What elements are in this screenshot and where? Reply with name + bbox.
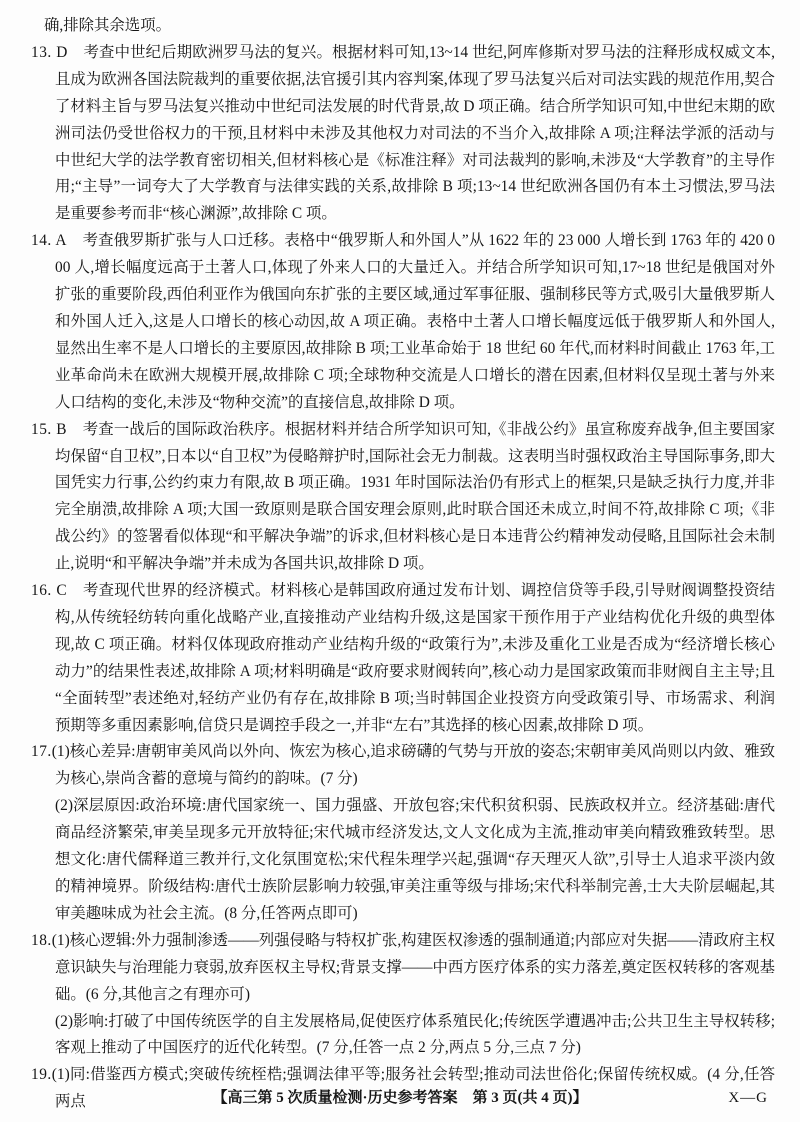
answer-15: 15. B 考查一战后的国际政治秩序。根据材料并结合所学知识可知,《非战公约》虽… (31, 417, 775, 578)
answer-list: 确,排除其余选项。13. D 考查中世纪后期欧洲罗马法的复兴。根据材料可知,13… (31, 13, 775, 1116)
answer-key-page: 确,排除其余选项。13. D 考查中世纪后期欧洲罗马法的复兴。根据材料可知,13… (0, 0, 800, 1122)
answer-17-part2: (2)深层原因:政治环境:唐代国家统一、国力强盛、开放包容;宋代积贫积弱、民族政… (31, 793, 775, 928)
question-number: 15. B (31, 421, 67, 438)
question-number: 14. A (31, 232, 67, 249)
page-footer: 【高三第 5 次质量检测·历史参考答案 第 3 页(共 4 页)】 X—G (0, 1087, 800, 1109)
footer-title-prefix: 【高三第 5 次质量检测· (212, 1090, 367, 1106)
answer-18-part1: 18.(1)核心逻辑:外力强制渗透——列强侵略与特权扩张,构建医权渗透的强制通道… (31, 928, 775, 1009)
footer-paper-code: X—G (728, 1087, 768, 1109)
answer-16: 16. C 考查现代世界的经济模式。材料核心是韩国政府通过发布计划、调控信贷等手… (31, 578, 775, 739)
question-number: 19. (31, 1066, 52, 1083)
answer-18-part2: (2)影响:打破了中国传统医学的自主发展格局,促使医疗体系殖民化;传统医学遭遇冲… (31, 1009, 775, 1063)
question-number: 18. (31, 932, 52, 949)
footer-page-number: 第 3 页(共 4 页)】 (458, 1090, 588, 1106)
question-number: 16. C (31, 582, 67, 599)
answer-17-part1: 17.(1)核心差异:唐朝审美风尚以外向、恢宏为核心,追求磅礴的气势与开放的姿态… (31, 739, 775, 793)
answer-13: 13. D 考查中世纪后期欧洲罗马法的复兴。根据材料可知,13~14 世纪,阿库… (31, 40, 775, 228)
question-number: 13. D (31, 44, 68, 61)
carryover-line: 确,排除其余选项。 (31, 13, 775, 40)
answer-14: 14. A 考查俄罗斯扩张与人口迁移。表格中“俄罗斯人和外国人”从 1622 年… (31, 228, 775, 416)
question-number: 17. (31, 743, 52, 760)
footer-subject: 历史参考答案 (368, 1089, 458, 1106)
